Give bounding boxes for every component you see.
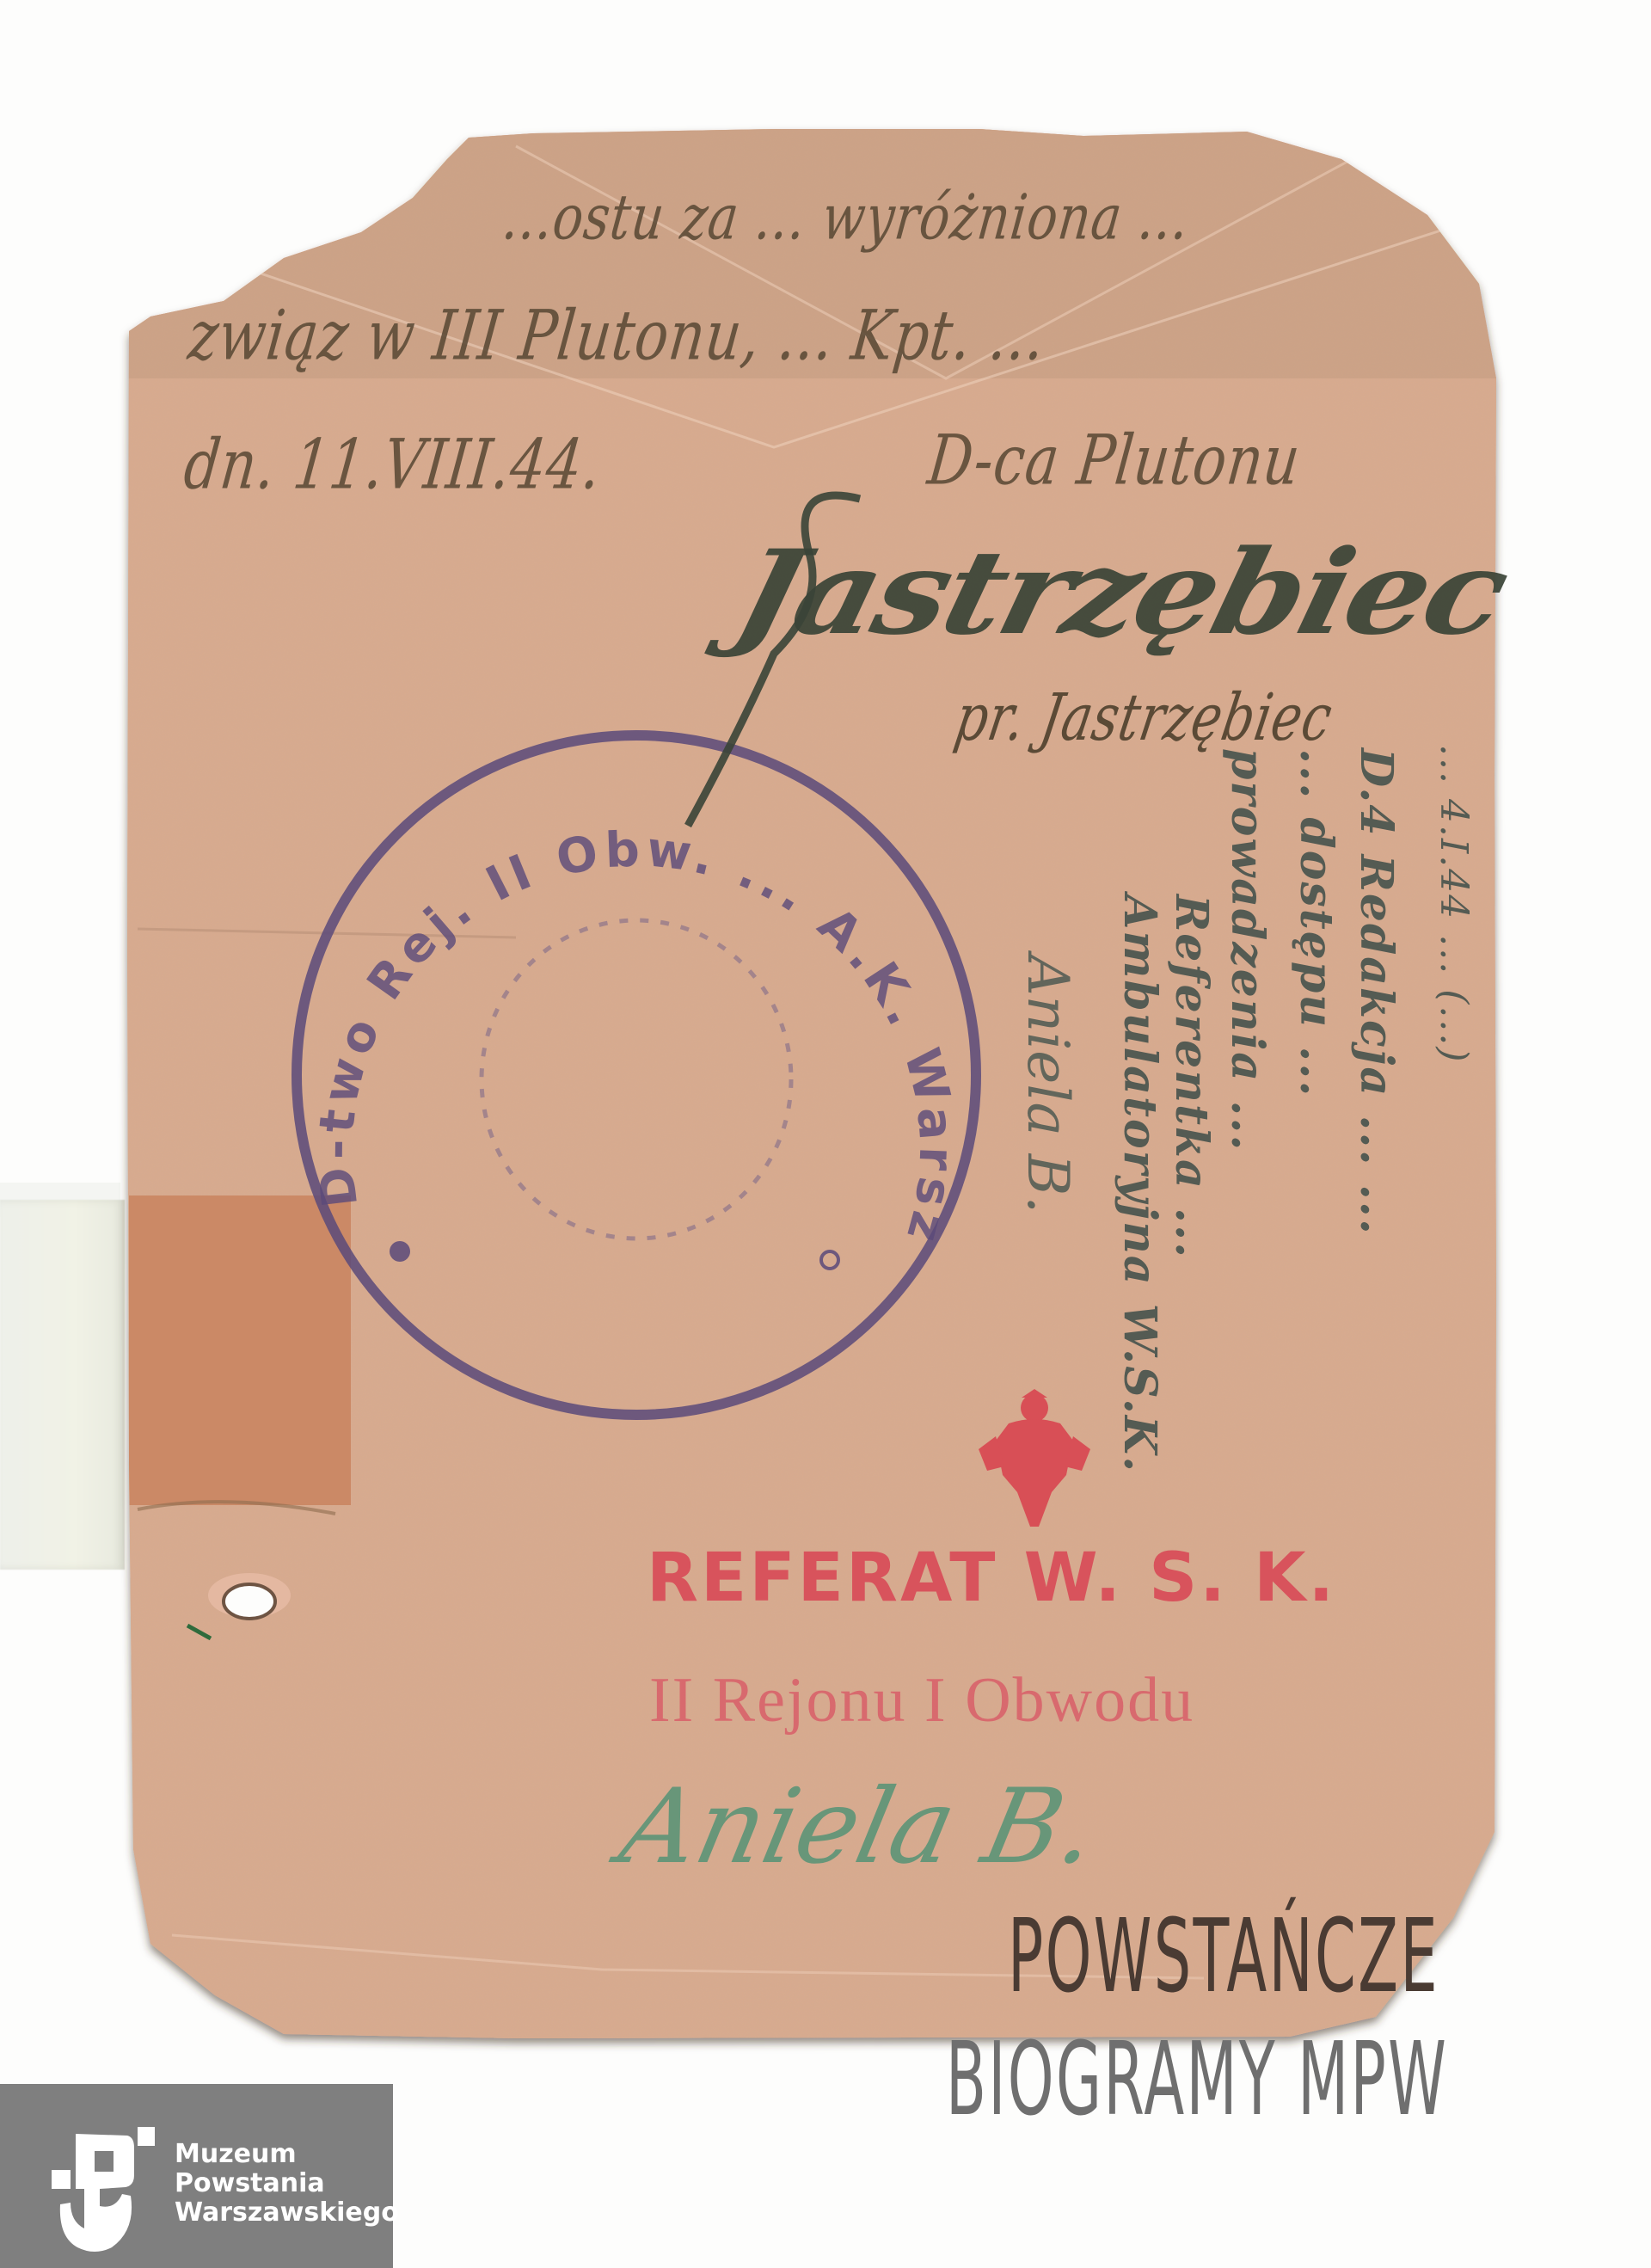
vertical-note-5: Referentka ... (1165, 894, 1218, 1259)
museum-name: Muzeum Powstania Warszawskiego (175, 2140, 399, 2228)
vertical-note-3: ... dostępu ... (1290, 748, 1342, 1097)
watermark-line-1: POWSTAŃCZE (1008, 1896, 1439, 2015)
handwriting-date: dn. 11.VIII.44. (181, 426, 605, 506)
museum-logo[interactable]: Muzeum Powstania Warszawskiego (0, 2084, 393, 2268)
museum-name-line-2: Powstania (175, 2169, 399, 2198)
red-stamp-subtitle: II Rejonu I Obwodu (649, 1664, 1194, 1737)
vertical-signature: Aniela B. (1015, 955, 1081, 1214)
polish-eagle-icon (970, 1389, 1099, 1535)
watermark-line-2: BIOGRAMY MPW (946, 2019, 1448, 2138)
commander-signature: Jastrzębiec (723, 525, 1519, 661)
green-signature: Aniela B. (611, 1767, 1107, 1887)
vertical-note-4: prowadzenia ... (1221, 748, 1274, 1152)
red-stamp-title: REFERAT W. S. K. (647, 1540, 1336, 1617)
vertical-note-6: Ambulatoryjna W.S.K. (1114, 894, 1166, 1473)
anchor-kotwica-icon (52, 2127, 163, 2256)
museum-name-line-3: Warszawskiego (175, 2198, 399, 2228)
handwriting-line-2: związ w III Plutonu, ... Kpt. ... (185, 297, 1050, 377)
vertical-note-2: D.4 Redakcja ... ... (1350, 748, 1402, 1236)
vertical-note-1: ... 4.I.44 ... (...) (1432, 744, 1476, 1064)
scan-canvas: D-two Rej. II Obw. ... A.K. Warszawa ...… (0, 0, 1651, 2268)
handwriting-line-1: ...ostu za ... wyróżniona ... (499, 181, 1193, 254)
handwriting-role: D-ca Plutonu (924, 421, 1304, 501)
museum-name-line-1: Muzeum (175, 2140, 399, 2169)
signature-subtitle: pr. Jastrzębiec (949, 679, 1338, 755)
